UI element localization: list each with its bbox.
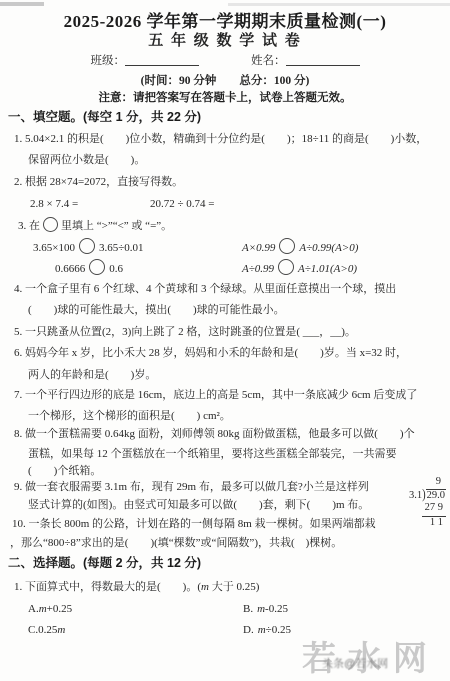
option-a-post: +0.25 xyxy=(47,603,72,615)
section1-header: 一、填空题。(每空 1 分，共 22 分) xyxy=(8,110,201,125)
q9-line1: 9. 做一套衣服需要 3.1m 布，现有 29m 布，最多可以做几套?小兰是这样… xyxy=(14,480,369,495)
option-b-label: B. xyxy=(243,603,253,615)
option-a: A.m+0.25 xyxy=(28,602,72,617)
q7-line1: 7. 一个平行四边形的底是 16cm，底边上的高是 5cm，其中一条底减少 6c… xyxy=(14,388,417,403)
q3-r1-left-b: 3.65÷0.01 xyxy=(99,242,144,254)
q10-line2: ，那么“800÷8”求出的是( )(填“棵数”或“间隔数”)，共栽( )棵树。 xyxy=(10,536,342,551)
q6-line1: 6. 妈妈今年 x 岁，比小禾大 28 岁，妈妈和小禾的年龄和是( )岁。当 x… xyxy=(14,346,407,361)
q1-line2: 保留两位小数是( )。 xyxy=(28,153,145,168)
s2-q1-pre: 1. 下面算式中，得数最大的是( )。( xyxy=(14,581,201,593)
watermark-overlay: 头条@若水网 xyxy=(322,655,388,671)
q3-header: 3. 在里填上 “>”“<” 或 “=”。 xyxy=(18,217,172,234)
division-product-row: 27 9 xyxy=(394,502,446,517)
q8-line3: ( )个纸箱。 xyxy=(28,464,101,479)
option-d-post: ÷0.25 xyxy=(266,624,291,636)
q2-calc-a: 2.8 × 7.4 = xyxy=(30,197,78,212)
name-label: 姓名： xyxy=(251,55,286,67)
option-c-pre: 0.25 xyxy=(38,624,57,636)
q3-r2-right-a: A÷0.99 xyxy=(242,263,274,275)
compare-circle-icon xyxy=(279,238,295,254)
compare-circle-icon xyxy=(278,259,294,275)
s2-q1-line: 1. 下面算式中，得数最大的是( )。(m 大于 0.25) xyxy=(14,580,259,595)
q4-line2: ( )球的可能性最大，摸出( )球的可能性最小。 xyxy=(28,303,285,318)
scan-artifact-right xyxy=(228,3,450,6)
compare-circle-icon xyxy=(89,259,105,275)
time-total-line: (时间：90 分钟 总分：100 分) xyxy=(0,72,450,88)
division-dividend: 29.0 xyxy=(426,489,446,503)
division-product: 27 9 xyxy=(422,502,446,517)
q3-header-post: 里填上 “>”“<” 或 “=”。 xyxy=(61,220,172,232)
q7-line2: 一个梯形，这个梯形的面积是( ) cm²。 xyxy=(28,409,231,424)
q3-row2-right: A÷0.99A÷1.01(A>0) xyxy=(242,259,357,277)
exam-paper: 2025-2026 学年第一学期期末质量检测(一) 五 年 级 数 学 试 卷 … xyxy=(0,0,450,681)
q3-header-pre: 3. 在 xyxy=(18,220,40,232)
q3-r1-left-a: 3.65×100 xyxy=(33,242,75,254)
q4-line1: 4. 一个盒子里有 6 个红球、4 个黄球和 3 个绿球。从里面任意摸出一个球，… xyxy=(14,282,396,297)
division-remainder: 1 1 xyxy=(394,517,446,530)
q5-line: 5. 一只跳蚤从位置(2，3)向上跳了 2 格，这时跳蚤的位置是( ___，__… xyxy=(14,325,356,340)
option-a-label: A. xyxy=(28,603,39,615)
option-d-label: D. xyxy=(243,624,254,636)
option-d: D.m÷0.25 xyxy=(243,623,291,638)
scan-artifact-left xyxy=(0,2,44,6)
section2-header: 二、选择题。(每题 2 分，共 12 分) xyxy=(8,556,201,571)
s2-q1-post: 大于 0.25) xyxy=(209,581,259,593)
q3-r2-left-a: 0.6666 xyxy=(55,263,85,275)
division-bracket: ) xyxy=(422,488,426,504)
option-c: C.0.25m xyxy=(28,623,65,638)
option-c-label: C. xyxy=(28,624,38,636)
s2-q1-var: m xyxy=(201,581,209,593)
option-b-post: -0.25 xyxy=(265,603,288,615)
q2-line: 2. 根据 28×74=2072，直接写得数。 xyxy=(14,175,183,190)
class-blank-line xyxy=(125,53,199,66)
name-blank-line xyxy=(286,53,360,66)
division-divisor: 3.1 xyxy=(409,490,422,501)
q6-line2: 两人的年龄和是( )岁。 xyxy=(28,368,156,383)
q3-row2-left: 0.66660.6 xyxy=(55,259,123,277)
q8-line2: 蛋糕，如果每 12 个蛋糕放在一个纸箱里，要将这些蛋糕全部装完，一共需要 xyxy=(28,447,397,462)
class-name-row: 班级：姓名： xyxy=(0,52,450,68)
q3-r2-right-b: A÷1.01(A>0) xyxy=(298,263,357,275)
q3-r1-right-b: A÷0.99(A>0) xyxy=(299,242,358,254)
class-label: 班级： xyxy=(91,55,126,67)
page-subtitle: 五 年 级 数 学 试 卷 xyxy=(0,29,450,50)
long-division-figure: 9 3.1)29.0 27 9 1 1 xyxy=(394,476,446,529)
division-quotient: 9 xyxy=(394,476,446,489)
q9-line2: 竖式计算的(如图)。由竖式可知最多可以做( )套，剩下( )m 布。 xyxy=(28,498,369,513)
notice-line: 注意：请把答案写在答题卡上，试卷上答题无效。 xyxy=(0,89,450,105)
option-d-var: m xyxy=(258,624,266,636)
q10-line1: 10. 一条长 800m 的公路，计划在路的一侧每隔 8m 栽一棵树。如果两端都… xyxy=(12,517,376,532)
option-c-var: m xyxy=(57,624,65,636)
q3-r2-left-b: 0.6 xyxy=(109,263,123,275)
q2-calc-b: 20.72 ÷ 0.74 = xyxy=(150,197,215,212)
option-b-var: m xyxy=(257,603,265,615)
q1-line1: 1. 5.04×2.1 的积是( )位小数，精确到十分位约是( )；18÷11 … xyxy=(14,132,427,147)
option-a-var: m xyxy=(39,603,47,615)
q3-r1-right-a: A×0.99 xyxy=(242,242,275,254)
option-b: B.m-0.25 xyxy=(243,602,288,617)
q8-line1: 8. 做一个蛋糕需要 0.64kg 面粉，刘师傅领 80kg 面粉做蛋糕，他最多… xyxy=(14,427,415,442)
q3-row1-left: 3.65×1003.65÷0.01 xyxy=(33,238,144,256)
compare-circle-icon xyxy=(43,217,58,232)
division-body: 3.1)29.0 xyxy=(394,489,446,503)
compare-circle-icon xyxy=(79,238,95,254)
q3-row1-right: A×0.99A÷0.99(A>0) xyxy=(242,238,358,256)
